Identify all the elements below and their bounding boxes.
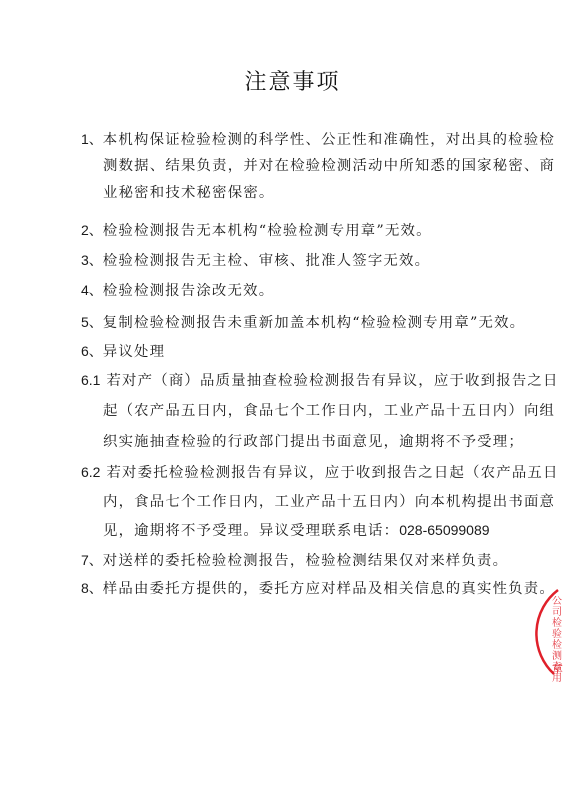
item-number: 6.2: [81, 464, 100, 480]
item-text-line: 若对委托检验检测报告有异议，应于收到报告之日起（农产品五日: [106, 465, 558, 481]
item-text-line: 检验检测报告无本机构“检验检测专用章”无效。: [103, 223, 432, 239]
item-text-line: 检验检测报告无主检、审核、批准人签字无效。: [103, 253, 430, 269]
item-number: 5、: [81, 314, 103, 330]
notice-item-6-2-continued: 内，食品七个工作日内，工业产品十五日内）向本机构提出书面意: [103, 492, 555, 512]
item-number: 8、: [81, 580, 103, 596]
item-text-line: 内，食品七个工作日内，工业产品十五日内）向本机构提出书面意: [103, 494, 555, 510]
notice-item-6-1-continued: 起（农产品五日内，食品七个工作日内，工业产品十五日内）向组: [103, 401, 555, 421]
item-number: 6.1: [81, 372, 100, 388]
notice-item-2: 2、检验检测报告无本机构“检验检测专用章”无效。: [81, 220, 432, 241]
notice-item-3: 3、检验检测报告无主检、审核、批准人签字无效。: [81, 250, 430, 271]
item-text-line: 起（农产品五日内，食品七个工作日内，工业产品十五日内）向组: [103, 403, 555, 419]
notice-item-6-1-continued: 织实施抽查检验的行政部门提出书面意见，逾期将不予受理；: [103, 432, 524, 452]
item-text-line: 样品由委托方提供的，委托方应对样品及相关信息的真实性负责。: [103, 581, 555, 597]
item-number: 6、: [81, 343, 103, 359]
item-text-line: 检验检测报告涂改无效。: [103, 283, 275, 299]
notice-item-6-2: 6.2若对委托检验检测报告有异议，应于收到报告之日起（农产品五日: [81, 462, 559, 483]
item-text-line: 测数据、结果负责，并对在检验检测活动中所知悉的国家秘密、商: [103, 158, 555, 174]
page-title: 注意事项: [0, 68, 570, 98]
item-text-line: 见，逾期将不予受理。异议受理联系电话：: [103, 523, 399, 539]
document-page: 注意事项 1、本机构保证检验检测的科学性、公正性和准确性，对出具的检验检 测数据…: [0, 0, 570, 800]
notice-item-6-2-continued: 见，逾期将不予受理。异议受理联系电话：028-65099089: [103, 520, 490, 541]
item-number: 4、: [81, 282, 103, 298]
notice-item-7: 7、对送样的委托检验检测报告，检验检测结果仅对来样负责。: [81, 550, 508, 571]
item-text-line: 异议处理: [103, 344, 165, 360]
notice-item-1: 1、本机构保证检验检测的科学性、公正性和准确性，对出具的检验检: [81, 129, 555, 150]
item-number: 7、: [81, 552, 103, 568]
item-number: 3、: [81, 252, 103, 268]
seal-char: 章: [552, 660, 563, 676]
notice-item-5: 5、复制检验检测报告未重新加盖本机构“检验检测专用章”无效。: [81, 312, 525, 333]
notice-item-4: 4、检验检测报告涂改无效。: [81, 280, 274, 301]
notice-item-6: 6、异议处理: [81, 341, 165, 362]
item-text-line: 对送样的委托检验检测报告，检验检测结果仅对来样负责。: [103, 553, 508, 569]
item-text-line: 本机构保证检验检测的科学性、公正性和准确性，对出具的检验检: [103, 132, 555, 148]
notice-item-8: 8、样品由委托方提供的，委托方应对样品及相关信息的真实性负责。: [81, 578, 555, 599]
contact-phone: 028-65099089: [399, 522, 489, 538]
item-number: 2、: [81, 222, 103, 238]
notice-item-6-1: 6.1若对产（商）品质量抽查检验检测报告有异议，应于收到报告之日: [81, 370, 559, 391]
item-text-line: 织实施抽查检验的行政部门提出书面意见，逾期将不予受理；: [103, 434, 524, 450]
item-text-line: 业秘密和技术秘密保密。: [103, 185, 275, 201]
item-text-line: 复制检验检测报告未重新加盖本机构“检验检测专用章”无效。: [103, 315, 525, 331]
item-text-line: 若对产（商）品质量抽查检验检测报告有异议，应于收到报告之日: [106, 373, 558, 389]
notice-item-1-continued: 测数据、结果负责，并对在检验检测活动中所知悉的国家秘密、商: [103, 156, 555, 176]
item-number: 1、: [81, 131, 103, 147]
notice-item-1-continued: 业秘密和技术秘密保密。: [103, 183, 275, 203]
